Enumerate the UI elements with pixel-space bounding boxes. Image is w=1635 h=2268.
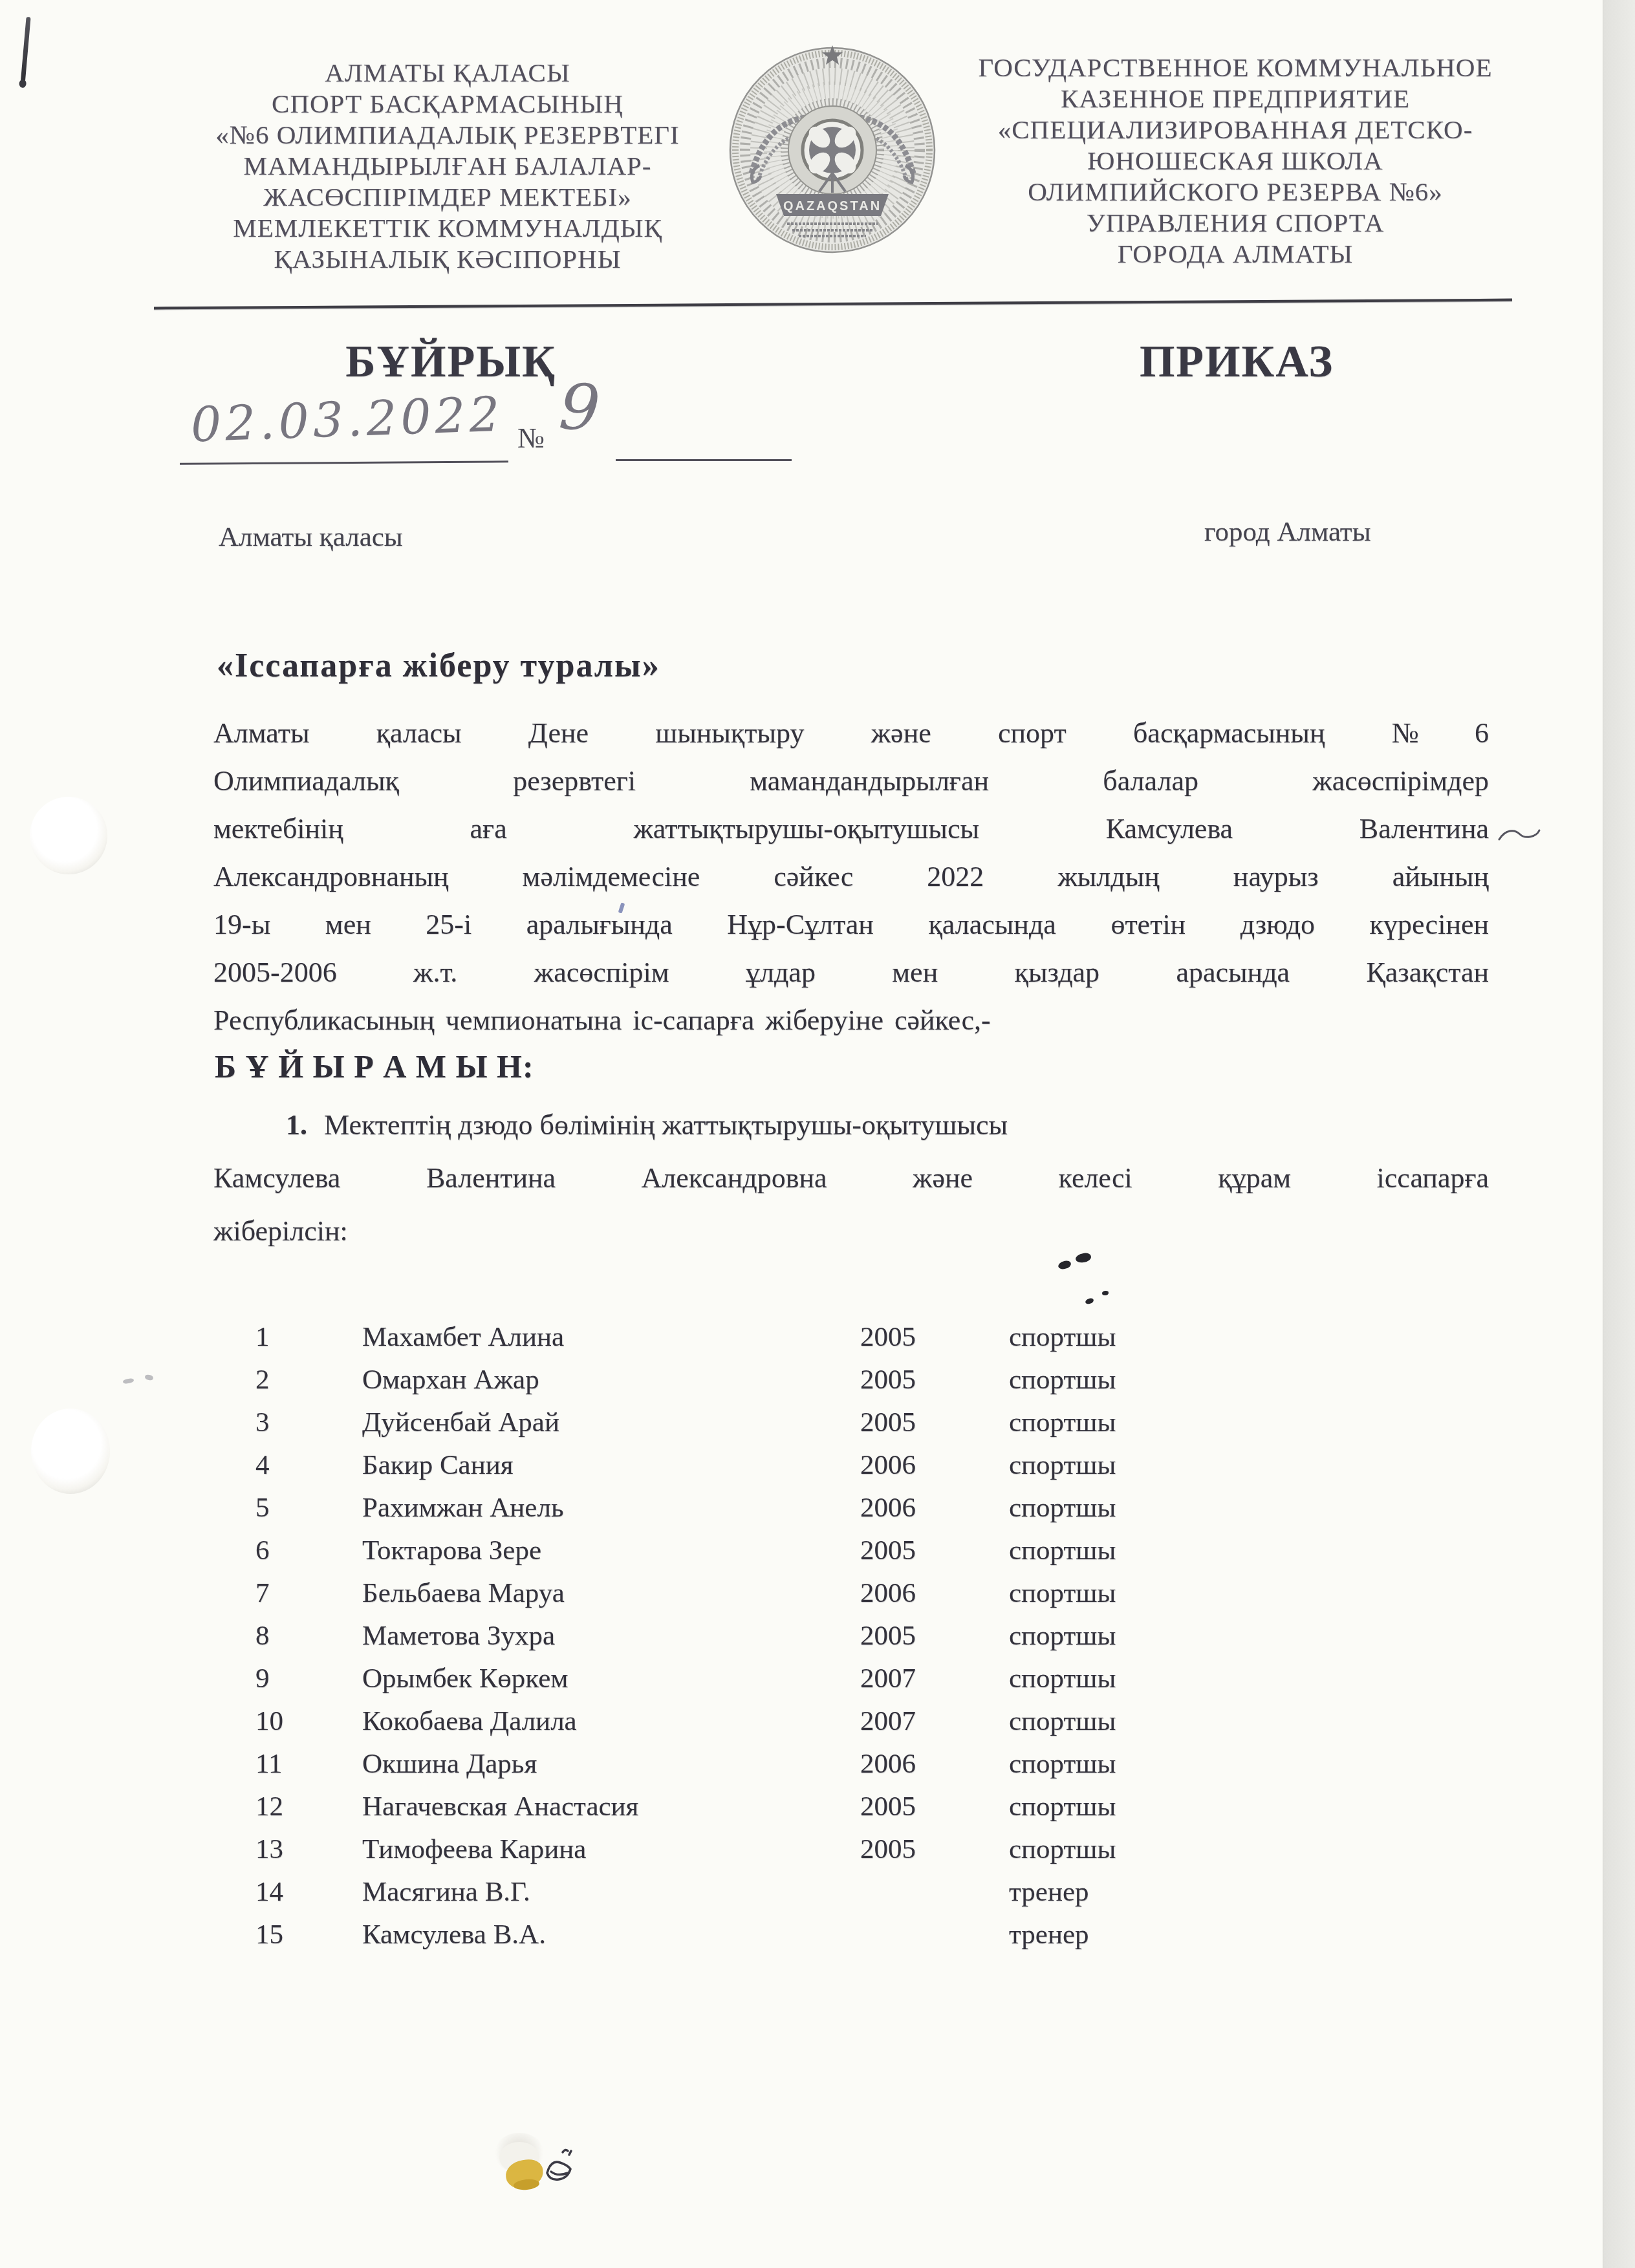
- org-name-ru-line: ГОРОДА АЛМАТЫ: [918, 238, 1552, 269]
- order-heading-kk: БҰЙРЫҚ: [345, 336, 556, 388]
- item1-number: 1.: [286, 1109, 307, 1141]
- role-label: спортшы: [1009, 1747, 1281, 1790]
- athlete-name: Тимофеева Карина: [362, 1833, 860, 1875]
- role-label: спортшы: [1009, 1449, 1281, 1491]
- table-row: 1 Махамбет Алина 2005 спортшы: [255, 1321, 1281, 1363]
- row-number: 5: [255, 1491, 362, 1534]
- org-name-ru-line: «СПЕЦИАЛИЗИРОВАННАЯ ДЕТСКО-: [918, 114, 1552, 145]
- org-name-kk-line: МЕМЛЕКЕТТІК КОММУНАЛДЫҚ: [157, 212, 739, 243]
- org-name-ru-line: УПРАВЛЕНИЯ СПОРТА: [918, 207, 1552, 238]
- birth-year: 2005: [860, 1790, 1009, 1833]
- athlete-name: Рахимжан Анель: [362, 1491, 860, 1534]
- birth-year: 2006: [860, 1491, 1009, 1534]
- handwritten-dash-mark: [1497, 826, 1542, 843]
- athlete-name: Бакир Сания: [362, 1449, 860, 1491]
- city-label-ru: город Алматы: [1204, 516, 1371, 548]
- preamble-line: Алматы қаласы Дене шынықтыру және спорт …: [213, 717, 1489, 764]
- org-name-kk-line: «№6 ОЛИМПИАДАЛЫҚ РЕЗЕРВТЕГІ: [157, 119, 739, 150]
- role-label: спортшы: [1009, 1321, 1281, 1363]
- table-row: 3 Дуйсенбай Арай 2005 спортшы: [255, 1406, 1281, 1449]
- athlete-name: Нагачевская Анастасия: [362, 1790, 860, 1833]
- roster-table: 1 Махамбет Алина 2005 спортшы 2 Омархан …: [255, 1321, 1281, 1961]
- org-name-kk-line: ЖАСӨСПІРІМДЕР МЕКТЕБІ»: [157, 181, 739, 212]
- table-row: 7 Бельбаева Маруа 2006 спортшы: [255, 1577, 1281, 1619]
- role-label: спортшы: [1009, 1534, 1281, 1577]
- city-label-kk: Алматы қаласы: [219, 521, 403, 553]
- table-row: 9 Орымбек Көркем 2007 спортшы: [255, 1662, 1281, 1705]
- athlete-name: Камсулева В.А.: [362, 1918, 860, 1961]
- athlete-name: Маметова Зухра: [362, 1619, 860, 1662]
- preamble-line: Александровнаның мәлімдемесіне сәйкес 20…: [213, 860, 1489, 908]
- org-name-russian: ГОСУДАРСТВЕННОЕ КОММУНАЛЬНОЕКАЗЕННОЕ ПРЕ…: [918, 52, 1552, 269]
- role-label: спортшы: [1009, 1363, 1281, 1406]
- athlete-name: Кокобаева Далила: [362, 1705, 860, 1747]
- ink-speck: [1102, 1291, 1109, 1295]
- role-label: спортшы: [1009, 1833, 1281, 1875]
- item1-text: Мектептің дзюдо бөлімінің жаттықтырушы-о…: [324, 1109, 1008, 1141]
- row-number: 1: [255, 1321, 362, 1363]
- scanned-order-page: АЛМАТЫ ҚАЛАСЫСПОРТ БАСҚАРМАСЫНЫҢ«№6 ОЛИМ…: [0, 0, 1635, 2268]
- table-row: 8 Маметова Зухра 2005 спортшы: [255, 1619, 1281, 1662]
- row-number: 2: [255, 1363, 362, 1406]
- table-row: 15 Камсулева В.А. тренер: [255, 1918, 1281, 1961]
- table-row: 12 Нагачевская Анастасия 2005 спортшы: [255, 1790, 1281, 1833]
- preamble-line: мектебінің аға жаттықтырушы-оқытушысы Ка…: [213, 812, 1489, 860]
- birth-year: 2006: [860, 1449, 1009, 1491]
- pencil-mark: [144, 1374, 154, 1381]
- table-row: 5 Рахимжан Анель 2006 спортшы: [255, 1491, 1281, 1534]
- row-number: 14: [255, 1875, 362, 1918]
- org-name-ru-line: КАЗЕННОЕ ПРЕДПРИЯТИЕ: [918, 83, 1552, 114]
- hole-punch-top: [30, 797, 107, 874]
- header-divider: [154, 299, 1512, 310]
- item1-line1: 1.Мектептің дзюдо бөлімінің жаттықтырушы…: [286, 1108, 1008, 1141]
- org-name-kk-line: АЛМАТЫ ҚАЛАСЫ: [157, 57, 739, 88]
- row-number: 9: [255, 1662, 362, 1705]
- role-label: спортшы: [1009, 1790, 1281, 1833]
- row-number: 6: [255, 1534, 362, 1577]
- birth-year: 2005: [860, 1833, 1009, 1875]
- pencil-mark: [123, 1378, 135, 1385]
- birth-year: [860, 1875, 1009, 1918]
- row-number: 11: [255, 1747, 362, 1790]
- preamble-line: Олимпиадалық резервтегі мамандандырылған…: [213, 764, 1489, 812]
- athlete-name: Токтарова Зере: [362, 1534, 860, 1577]
- row-number: 3: [255, 1406, 362, 1449]
- table-row: 2 Омархан Ажар 2005 спортшы: [255, 1363, 1281, 1406]
- org-name-ru-line: ЮНОШЕСКАЯ ШКОЛА: [918, 145, 1552, 176]
- org-name-ru-line: ОЛИМПИЙСКОГО РЕЗЕРВА №6»: [918, 176, 1552, 207]
- handwritten-order-number: 9: [557, 370, 602, 446]
- birth-year: 2006: [860, 1747, 1009, 1790]
- row-number: 4: [255, 1449, 362, 1491]
- table-row: 14 Масягина В.Г. тренер: [255, 1875, 1281, 1918]
- org-name-kk-line: ҚАЗЫНАЛЫҚ КӘСІПОРНЫ: [157, 243, 739, 274]
- order-preamble: Алматы қаласы Дене шынықтыру және спорт …: [213, 717, 1489, 1052]
- athlete-name: Орымбек Көркем: [362, 1662, 860, 1705]
- row-number: 8: [255, 1619, 362, 1662]
- role-label: тренер: [1009, 1875, 1281, 1918]
- item1-line3: жіберілсін:: [213, 1215, 348, 1247]
- ink-speck: [1085, 1297, 1094, 1304]
- birth-year: 2005: [860, 1406, 1009, 1449]
- org-name-kk-line: СПОРТ БАСҚАРМАСЫНЫҢ: [157, 88, 739, 119]
- scan-edge-strip: [1603, 0, 1635, 2268]
- birth-year: 2007: [860, 1705, 1009, 1747]
- birth-year: 2005: [860, 1534, 1009, 1577]
- role-label: спортшы: [1009, 1705, 1281, 1747]
- preamble-line: Республикасының чемпионатына іс-сапарға …: [213, 1004, 1489, 1052]
- org-name-ru-line: ГОСУДАРСТВЕННОЕ КОММУНАЛЬНОЕ: [918, 52, 1552, 83]
- birth-year: 2007: [860, 1662, 1009, 1705]
- birth-year: 2005: [860, 1363, 1009, 1406]
- table-row: 6 Токтарова Зере 2005 спортшы: [255, 1534, 1281, 1577]
- birth-year: 2006: [860, 1577, 1009, 1619]
- number-sign: №: [517, 422, 545, 455]
- preamble-line: 2005-2006 ж.т. жасөспірім ұлдар мен қызд…: [213, 956, 1489, 1004]
- table-row: 13 Тимофеева Карина 2005 спортшы: [255, 1833, 1281, 1875]
- date-underline: [180, 460, 508, 465]
- role-label: спортшы: [1009, 1406, 1281, 1449]
- role-label: спортшы: [1009, 1491, 1281, 1534]
- ink-speck: [1075, 1252, 1092, 1263]
- table-row: 11 Окшина Дарья 2006 спортшы: [255, 1747, 1281, 1790]
- table-row: 4 Бакир Сания 2006 спортшы: [255, 1449, 1281, 1491]
- pen-stroke-artifact: [20, 17, 30, 85]
- role-label: спортшы: [1009, 1662, 1281, 1705]
- ink-scribble-artifact: [541, 2146, 592, 2192]
- resolve-heading: Б Ұ Й Ы Р А М Ы Н:: [215, 1048, 534, 1085]
- preamble-line: 19-ы мен 25-і аралығында Нұр-Сұлтан қала…: [213, 908, 1489, 956]
- org-name-kk-line: МАМАНДЫРЫЛҒАН БАЛАЛАР-: [157, 150, 739, 181]
- row-number: 7: [255, 1577, 362, 1619]
- org-name-kazakh: АЛМАТЫ ҚАЛАСЫСПОРТ БАСҚАРМАСЫНЫҢ«№6 ОЛИМ…: [157, 57, 739, 274]
- hole-punch-bottom: [31, 1409, 110, 1494]
- role-label: спортшы: [1009, 1619, 1281, 1662]
- athlete-name: Дуйсенбай Арай: [362, 1406, 860, 1449]
- row-number: 13: [255, 1833, 362, 1875]
- ink-speck: [1057, 1260, 1072, 1270]
- athlete-name: Окшина Дарья: [362, 1747, 860, 1790]
- row-number: 15: [255, 1918, 362, 1961]
- order-title: «Іссапарға жіберу туралы»: [217, 647, 660, 685]
- row-number: 10: [255, 1705, 362, 1747]
- athlete-name: Масягина В.Г.: [362, 1875, 860, 1918]
- table-row: 10 Кокобаева Далила 2007 спортшы: [255, 1705, 1281, 1747]
- birth-year: 2005: [860, 1321, 1009, 1363]
- role-label: тренер: [1009, 1918, 1281, 1961]
- role-label: спортшы: [1009, 1577, 1281, 1619]
- athlete-name: Омархан Ажар: [362, 1363, 860, 1406]
- kazakhstan-emblem: QAZAQSTAN: [726, 36, 939, 264]
- item1-line2: Камсулева Валентина Александровна және к…: [213, 1161, 1489, 1194]
- athlete-name: Махамбет Алина: [362, 1321, 860, 1363]
- birth-year: 2005: [860, 1619, 1009, 1662]
- birth-year: [860, 1918, 1009, 1961]
- number-underline: [616, 459, 792, 461]
- row-number: 12: [255, 1790, 362, 1833]
- order-heading-ru: ПРИКАЗ: [1140, 336, 1334, 388]
- emblem-banner-text: QAZAQSTAN: [783, 199, 882, 213]
- athlete-name: Бельбаева Маруа: [362, 1577, 860, 1619]
- handwritten-date: 02.03.2022: [190, 387, 504, 453]
